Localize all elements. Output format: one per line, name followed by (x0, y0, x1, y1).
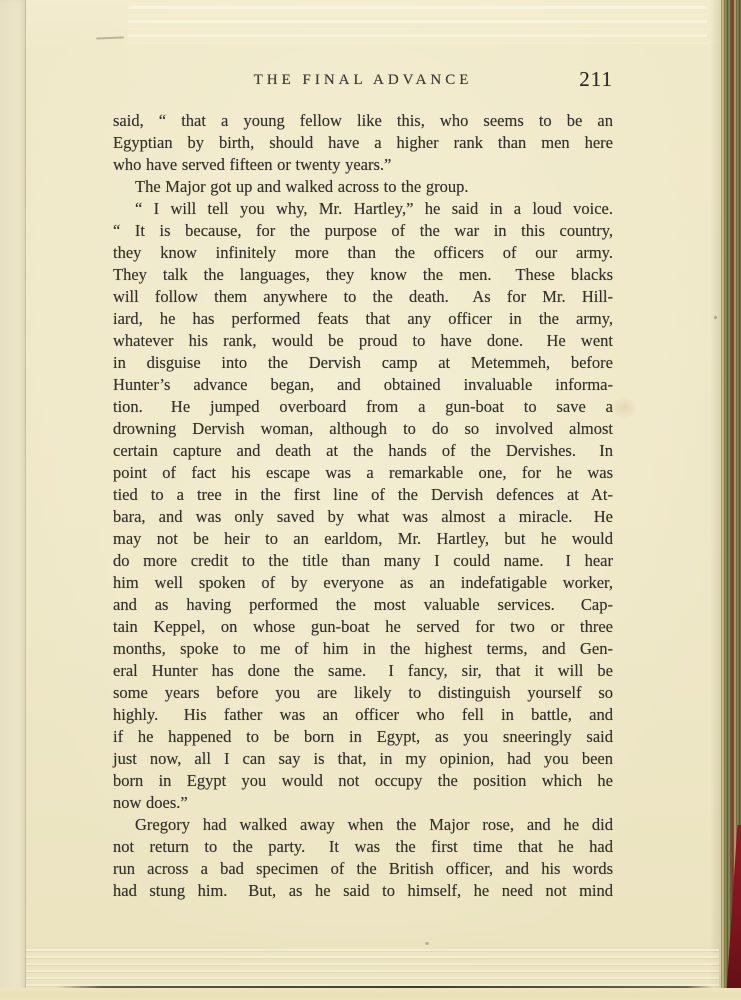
text-line: now does.” (113, 792, 613, 814)
text-line: if he happened to be born in Egypt, as y… (113, 726, 613, 748)
text-line: “ I will tell you why, Mr. Hartley,” he … (113, 198, 613, 220)
text-line: tain Keppel, on whose gun-boat he served… (113, 616, 613, 638)
text-line: eral Hunter has done the same. I fancy, … (113, 660, 613, 682)
text-line: just now, all I can say is that, in my o… (113, 748, 613, 770)
text-line: whatever his rank, would be proud to hav… (113, 330, 613, 352)
text-line: iard, he has performed feats that any of… (113, 308, 613, 330)
text-line: not return to the party. It was the firs… (113, 836, 613, 858)
text-line: had stung him. But, as he said to himsel… (113, 880, 613, 902)
text-line: Gregory had walked away when the Major r… (113, 814, 613, 836)
text-column: THE FINAL ADVANCE 211 said, “ that a you… (113, 70, 613, 902)
text-line: drowning Dervish woman, although to do s… (113, 418, 613, 440)
text-line: in disguise into the Dervish camp at Met… (113, 352, 613, 374)
text-line: him well spoken of by everyone as an ind… (113, 572, 613, 594)
scan-blemish (714, 316, 717, 319)
text-line: point of fact his escape was a remarkabl… (113, 462, 613, 484)
text-line: and as having performed the most valuabl… (113, 594, 613, 616)
text-line: they know infinitely more than the offic… (113, 242, 613, 264)
text-line: Egyptian by birth, should have a higher … (113, 132, 613, 154)
text-line: who have served fifteen or twenty years.… (113, 154, 613, 176)
text-line: will follow them anywhere to the death. … (113, 286, 613, 308)
text-line: certain capture and death at the hands o… (113, 440, 613, 462)
text-line: bara, and was only saved by what was alm… (113, 506, 613, 528)
text-body: said, “ that a young fellow like this, w… (113, 110, 613, 902)
text-line: may not be heir to an earldom, Mr. Hartl… (113, 528, 613, 550)
text-line: months, spoke to me of him in the highes… (113, 638, 613, 660)
text-line: do more credit to the title than many I … (113, 550, 613, 572)
text-line: born in Egypt you would not occupy the p… (113, 770, 613, 792)
text-line: some years before you are likely to dist… (113, 682, 613, 704)
running-head: THE FINAL ADVANCE 211 (113, 70, 613, 94)
bottom-strip (0, 988, 741, 1000)
page-number: 211 (579, 67, 613, 92)
top-page-edge-streaks (128, 6, 707, 48)
text-line: highly. His father was an officer who fe… (113, 704, 613, 726)
scan-blemish (610, 396, 638, 420)
scan-blemish (425, 942, 429, 945)
text-line: The Major got up and walked across to th… (113, 176, 613, 198)
text-line: run across a bad specimen of the British… (113, 858, 613, 880)
chapter-header: THE FINAL ADVANCE (113, 72, 613, 89)
text-line: tion. He jumped overboard from a gun-boa… (113, 396, 613, 418)
text-line: They talk the languages, they know the m… (113, 264, 613, 286)
text-line: “ It is because, for the purpose of the … (113, 220, 613, 242)
gutter-fold (0, 0, 26, 1000)
text-line: Hunter’s advance began, and obtained inv… (113, 374, 613, 396)
text-line: said, “ that a young fellow like this, w… (113, 110, 613, 132)
text-line: tied to a tree in the first line of the … (113, 484, 613, 506)
bottom-page-edges (26, 949, 719, 987)
